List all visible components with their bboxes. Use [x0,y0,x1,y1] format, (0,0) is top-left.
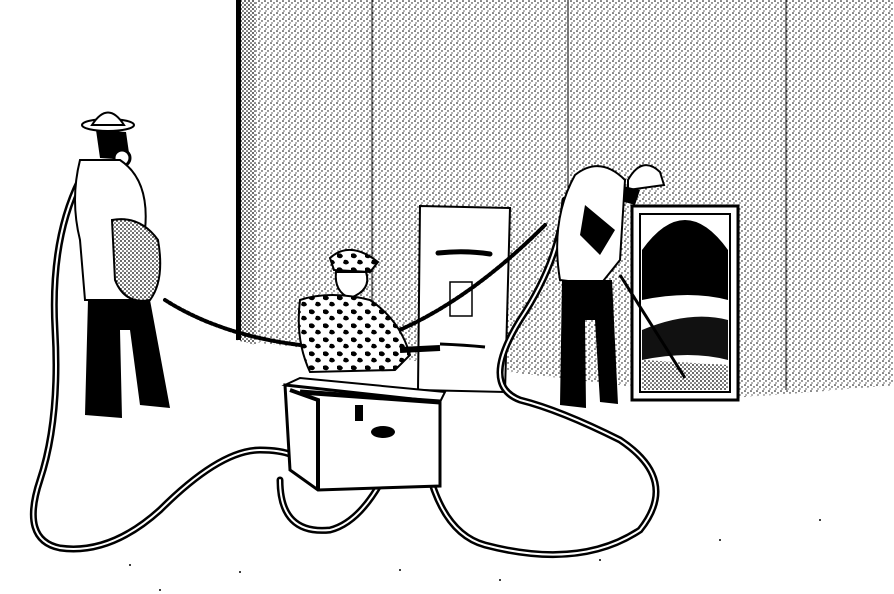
illustration [0,0,894,594]
ground-texture [129,519,821,591]
standby-worker [75,113,170,419]
manway-cover-panel [418,206,510,392]
tank-manway [632,206,738,400]
air-supply-box [285,378,445,490]
